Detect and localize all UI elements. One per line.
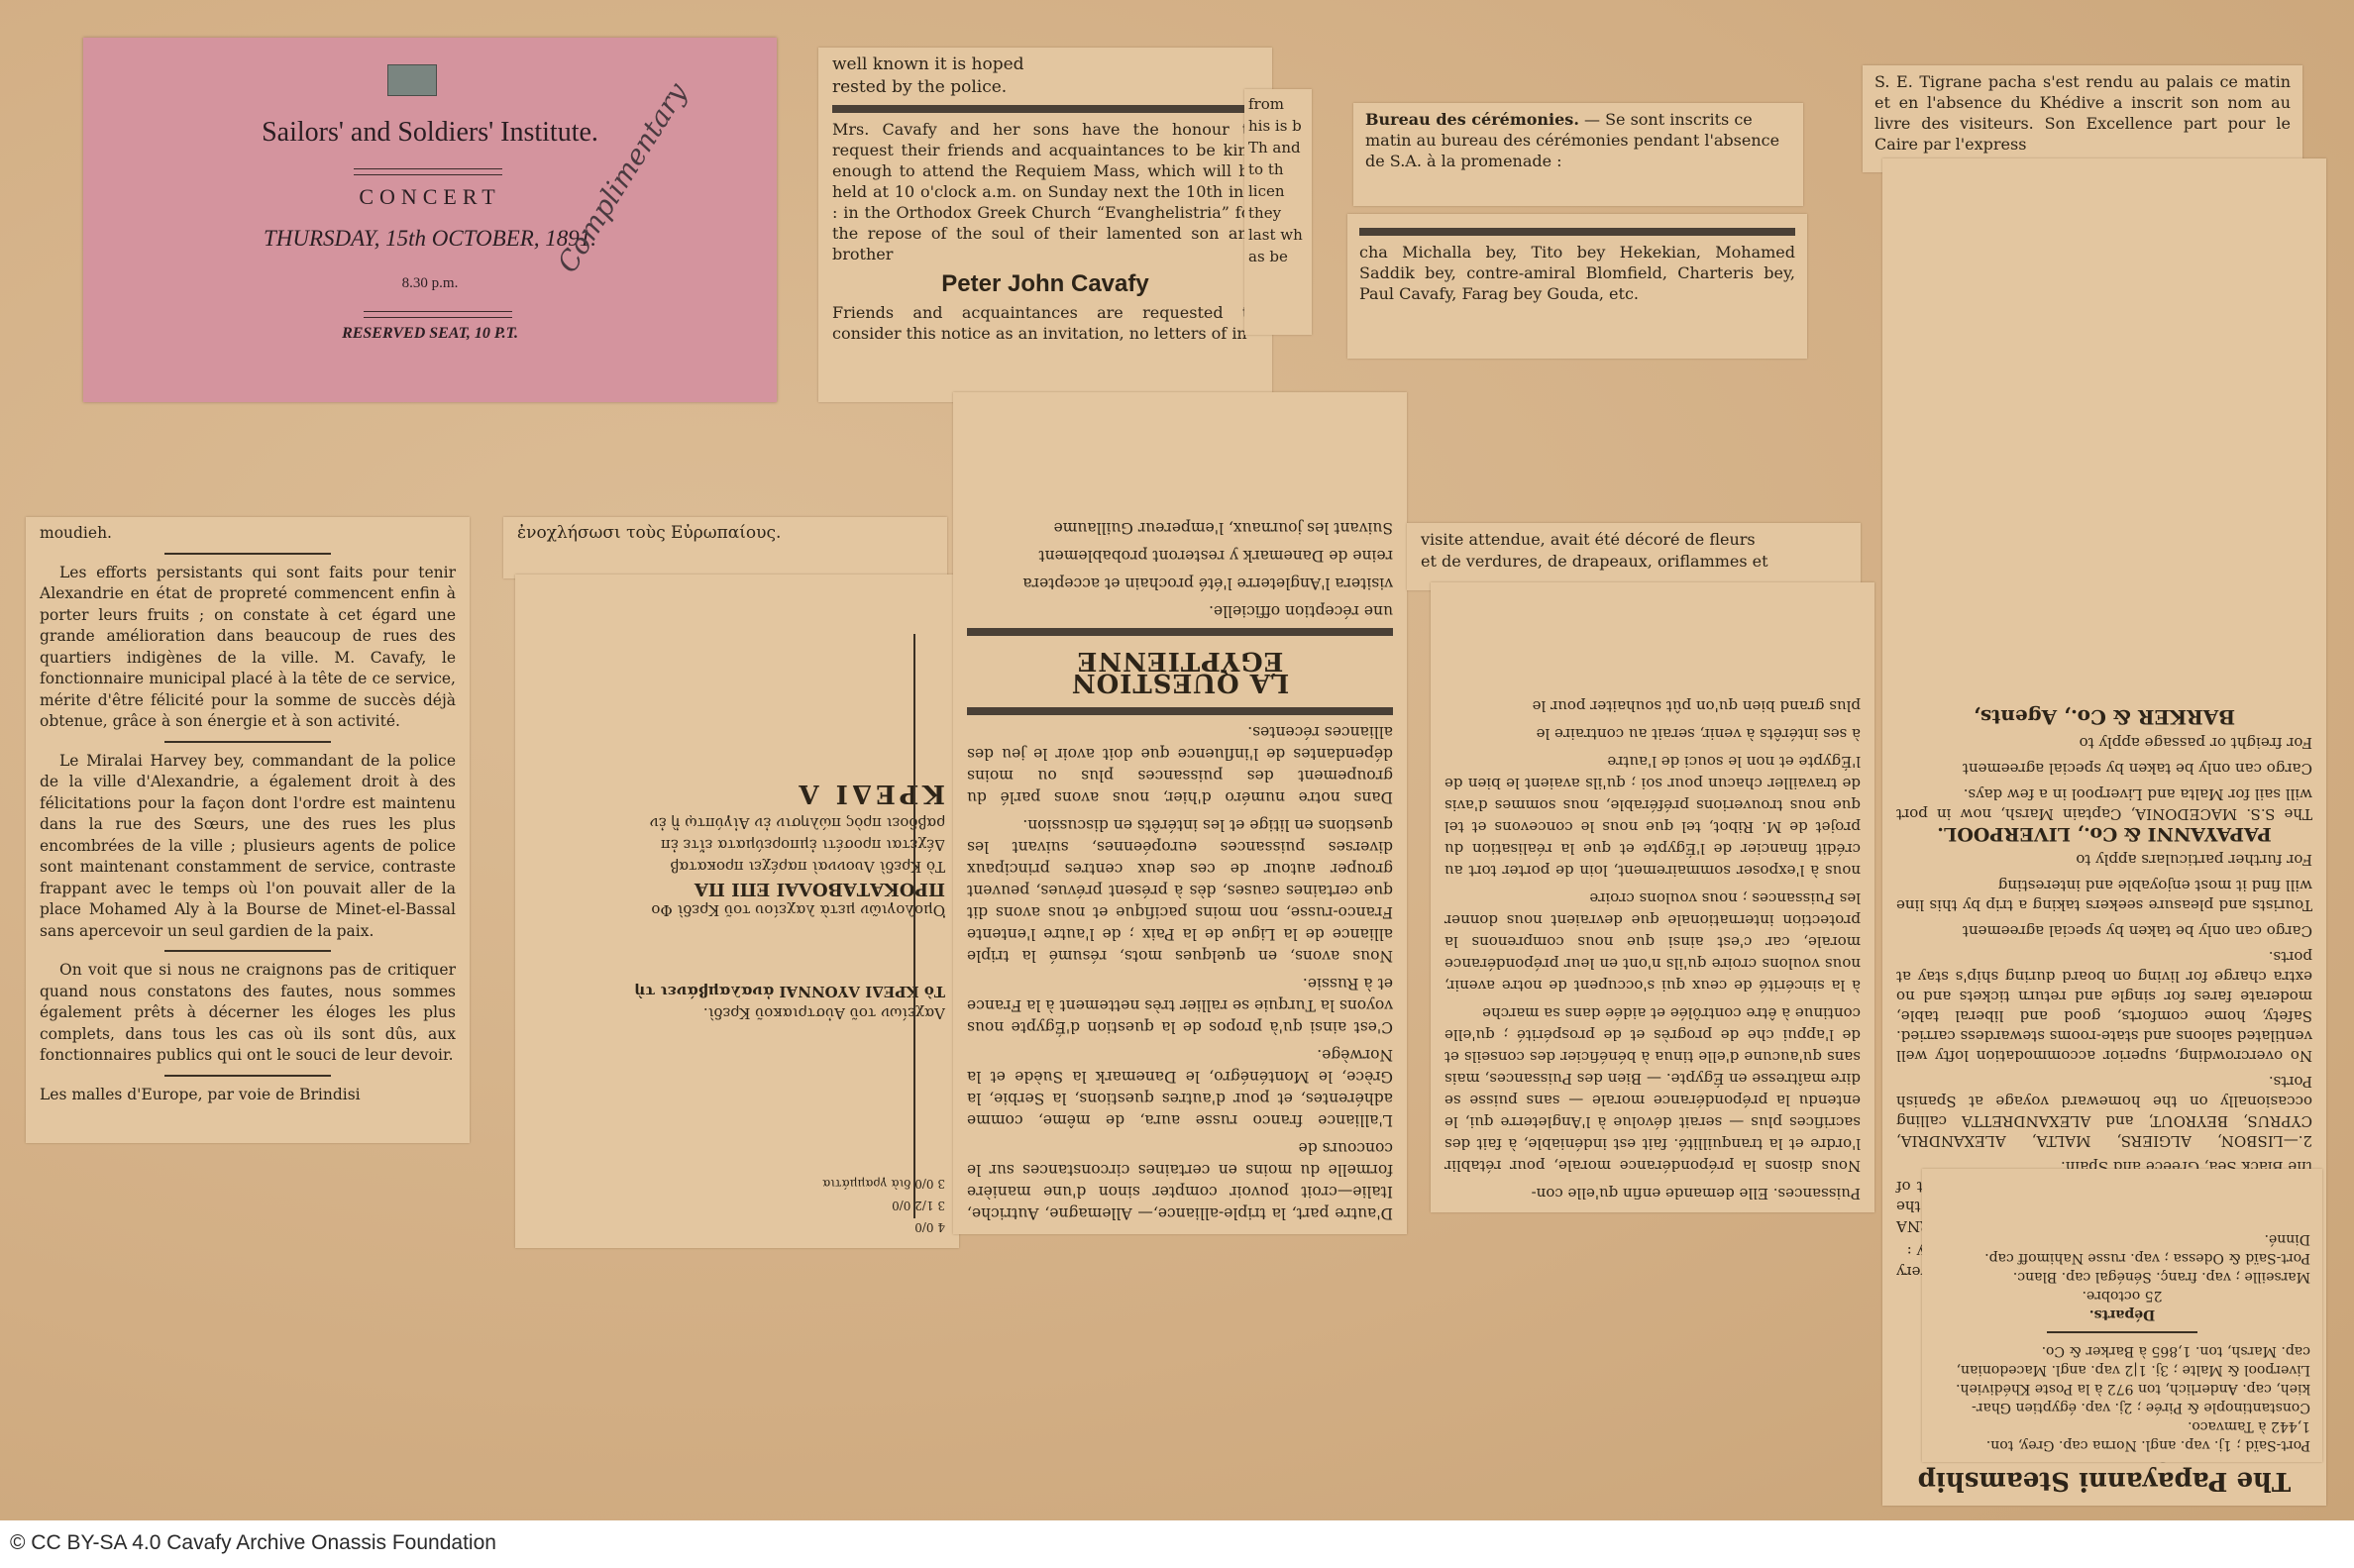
departures-date: 25 octobre. bbox=[1934, 1286, 2310, 1305]
article-line: Nous avons, en quelques mots, résumé la … bbox=[967, 814, 1393, 967]
ticket-event: CONCERT bbox=[83, 184, 777, 210]
departures-heading: Départs. bbox=[1934, 1305, 2310, 1323]
divider bbox=[1359, 228, 1795, 236]
requiem-closing: Friends and acquaintances are requested … bbox=[832, 302, 1258, 344]
departure-line: 1,442 à Tamvaco. bbox=[1934, 1416, 2310, 1435]
tigrane-clipping: S. E. Tigrane pacha s'est rendu au palai… bbox=[1863, 65, 2302, 172]
departure-line: kieh, cap. Anderlich, ton 972 à la Poste… bbox=[1934, 1379, 2310, 1398]
fragment-text: moudieh. bbox=[40, 523, 456, 545]
departures-clipping: Port-Saïd ; 1j. vap. angl. Norna cap. Gr… bbox=[1922, 1169, 2322, 1462]
concert-ticket: Sailors' and Soldiers' Institute. CONCER… bbox=[83, 38, 777, 402]
ticket-time: 8.30 p.m. bbox=[83, 275, 777, 292]
ad-route-2: 2.—LISBON, ALGIERS, MALTA, ALEXANDRIA, C… bbox=[1896, 1072, 2312, 1151]
requiem-body: Mrs. Cavafy and her sons have the honour… bbox=[832, 119, 1258, 264]
departure-line: Liverpool & Malte ; 3j. 1|2 vap. angl. M… bbox=[1934, 1360, 2310, 1379]
copyright-credit: © CC BY-SA 4.0 Cavafy Archive Onassis Fo… bbox=[10, 1531, 496, 1555]
departure-line: Constantinople & Pirée ; 2j. vap. égypti… bbox=[1934, 1398, 2310, 1416]
visite-clipping: visite attendue, avait été décoré de fle… bbox=[1407, 523, 1861, 590]
article-line: Dans notre numéro d'hier, nous avons par… bbox=[967, 721, 1393, 808]
ad-freight: For freight or passage apply to bbox=[1896, 733, 2312, 753]
fragment-text: Les malles d'Europe, par voie de Brindis… bbox=[40, 1085, 456, 1106]
egypt-article-continuation: Puissances. Elle demande enfin qu'elle c… bbox=[1431, 582, 1874, 1212]
requiem-notice-clipping: well known it is hoped rested by the pol… bbox=[818, 48, 1272, 402]
divider bbox=[164, 1075, 331, 1077]
divider bbox=[967, 628, 1393, 636]
article-line: C'est ainsi qu'à propos de la question d… bbox=[967, 973, 1393, 1038]
article-line: nous à l'exposer sommairement, loin de p… bbox=[1444, 751, 1861, 882]
ad-accommodation: No overcrowding, superior accommodation … bbox=[1896, 947, 2312, 1066]
fragment-clipping: from his is b Th and to th licen they la… bbox=[1244, 89, 1312, 335]
ceremonies-heading: Bureau des cérémonies. bbox=[1365, 110, 1579, 129]
departure-line: Port-Saïd & Odessa ; vap. russe Nahimoff… bbox=[1934, 1248, 2310, 1267]
greek-line: ραβδοει πρὸς πώλησιν ἐν Αἰγύπτῳ ἢ ἐν bbox=[529, 812, 945, 834]
divider bbox=[164, 950, 331, 952]
divider bbox=[164, 553, 331, 555]
article-line: reine de Danemark y resteront probableme… bbox=[967, 545, 1393, 567]
fragment-text: well known it is hoped bbox=[832, 53, 1258, 76]
mounting-tab bbox=[387, 64, 437, 96]
greek-line: Τὸ ΚΡΕΔΙ ΛΥΟΝΝΑΙ ἀναλαμβάνει τὴ bbox=[529, 981, 945, 1002]
border-line bbox=[913, 634, 915, 1218]
article-line: à ses intérêts à venir, serait au contra… bbox=[1444, 723, 1861, 745]
greek-text: ἐνοχλήσωσι τοὺς Εὐρωπαίους. bbox=[517, 523, 781, 543]
deceased-name: Peter John Cavafy bbox=[832, 270, 1258, 298]
ceremonies-clipping: Bureau des cérémonies. — Se sont inscrit… bbox=[1353, 103, 1803, 206]
divider bbox=[2047, 1331, 2197, 1333]
departure-line: Dinné. bbox=[1934, 1229, 2310, 1248]
police-paragraph: Le Miralai Harvey bey, commandant de la … bbox=[40, 751, 456, 943]
greek-line: Λαχείων τοῦ Αὐστριακοῦ Κρεδὶ. bbox=[529, 1002, 945, 1024]
question-egyptienne-clipping: D'autre part, la triple-alliance,— Allem… bbox=[953, 392, 1407, 1234]
article-line: une réception officielle. bbox=[967, 600, 1393, 622]
greek-line: Δέχεται προσέτι ἐμπορεύματα εἴτε ἐπ bbox=[529, 834, 945, 856]
article-line: D'autre part, la triple-alliance,— Allem… bbox=[967, 1137, 1393, 1224]
fragment-text: rested by the police. bbox=[832, 76, 1258, 99]
ad-particulars: For further particulars apply to bbox=[1896, 850, 2312, 870]
album-page: Sailors' and Soldiers' Institute. CONCER… bbox=[0, 0, 2354, 1520]
article-line: Suivant les journaux, l'empereur Guillau… bbox=[967, 517, 1393, 539]
departure-line: Marseille ; vap. franç. Sénégal cap. Bla… bbox=[1934, 1267, 2310, 1286]
visite-line: et de verdures, de drapeaux, oriflammes … bbox=[1421, 551, 1847, 573]
ad-cargo-note: Cargo can only be taken by special agree… bbox=[1896, 921, 2312, 941]
conclusion-paragraph: On voit que si nous ne craignons pas de … bbox=[40, 960, 456, 1067]
article-line: à la sincérité de ceux qui s'occupent de… bbox=[1444, 888, 1861, 996]
greek-line: 3 0/0 διὰ γραμμάτια bbox=[529, 1173, 945, 1195]
greek-line: Τὸ Κρεδὶ Λυονναὶ παρέχει προκαταβ bbox=[529, 856, 945, 878]
divider bbox=[164, 741, 331, 743]
divider bbox=[967, 707, 1393, 715]
greek-top-line: ἐνοχλήσωσι τοὺς Εὐρωπαίους. bbox=[503, 517, 947, 578]
greek-advertisement-clipping: 4 0/0 3 1/2 0/0 3 0/0 διὰ γραμμάτια Λαχε… bbox=[515, 575, 959, 1248]
article-title: LA QUESTION ÉGYPTIENNE bbox=[967, 650, 1393, 693]
greek-line: 4 0/0 bbox=[529, 1216, 945, 1238]
ad-company-line: PAPAYANNI & Co., LIVERPOOL. bbox=[1896, 824, 2312, 844]
greek-line: Ὀμολογιῶν μετὰ λαχείου τοῦ Κρεδὶ Φο bbox=[529, 899, 945, 921]
ceremonies-continuation: cha Michalla bey, Tito bey Hekekian, Moh… bbox=[1347, 214, 1807, 359]
ticket-divider bbox=[364, 311, 512, 318]
ticket-date: THURSDAY, 15th OCTOBER, 1891. bbox=[83, 226, 777, 252]
proprete-paragraph: Les efforts persistants qui sont faits p… bbox=[40, 563, 456, 733]
departure-line: cap. Marsh, ton. 1,865 à Barker & Co. bbox=[1934, 1341, 2310, 1360]
greek-subheader: ΠΡΟΚΑΤΑΒΟΛΑΙ ΕΠΙ ΠΑ bbox=[529, 878, 945, 899]
article-line: visitera l'Angleterre l'été prochain et … bbox=[967, 573, 1393, 594]
ad-agents: BARKER & Co., Agents, bbox=[1896, 707, 2312, 727]
proprete-clipping: moudieh. Les efforts persistants qui son… bbox=[26, 517, 470, 1143]
article-line: Puissances. Elle demande enfin qu'elle c… bbox=[1444, 1183, 1861, 1204]
visite-line: visite attendue, avait été décoré de fle… bbox=[1421, 529, 1847, 551]
tigrane-text: S. E. Tigrane pacha s'est rendu au palai… bbox=[1874, 71, 2291, 155]
departure-line: Port-Saïd ; 1j. vap. angl. Norna cap. Gr… bbox=[1934, 1435, 2310, 1454]
greek-line: 3 1/2 0/0 bbox=[529, 1195, 945, 1216]
ad-cargo: Cargo can only be taken by special agree… bbox=[1896, 759, 2312, 779]
attendee-list: cha Michalla bey, Tito bey Hekekian, Moh… bbox=[1359, 242, 1795, 304]
ad-tourists: Tourists and pleasure seekers taking a t… bbox=[1896, 876, 2312, 915]
ticket-divider bbox=[354, 168, 502, 175]
ad-sailing: The S.S. MACEDONIA, Captain Marsh, now i… bbox=[1896, 784, 2312, 824]
article-line: L'alliance franco russe aura, de même, c… bbox=[967, 1044, 1393, 1131]
greek-header: ΚΡΕΔΙ Λ bbox=[529, 783, 945, 804]
ticket-seat: RESERVED SEAT, 10 P.T. bbox=[83, 325, 777, 343]
divider bbox=[832, 105, 1258, 113]
article-line: plus grand bien qu'on pût souhaiter pour… bbox=[1444, 695, 1861, 717]
article-line: Nous disons la prépondérance morale, pou… bbox=[1444, 1002, 1861, 1177]
